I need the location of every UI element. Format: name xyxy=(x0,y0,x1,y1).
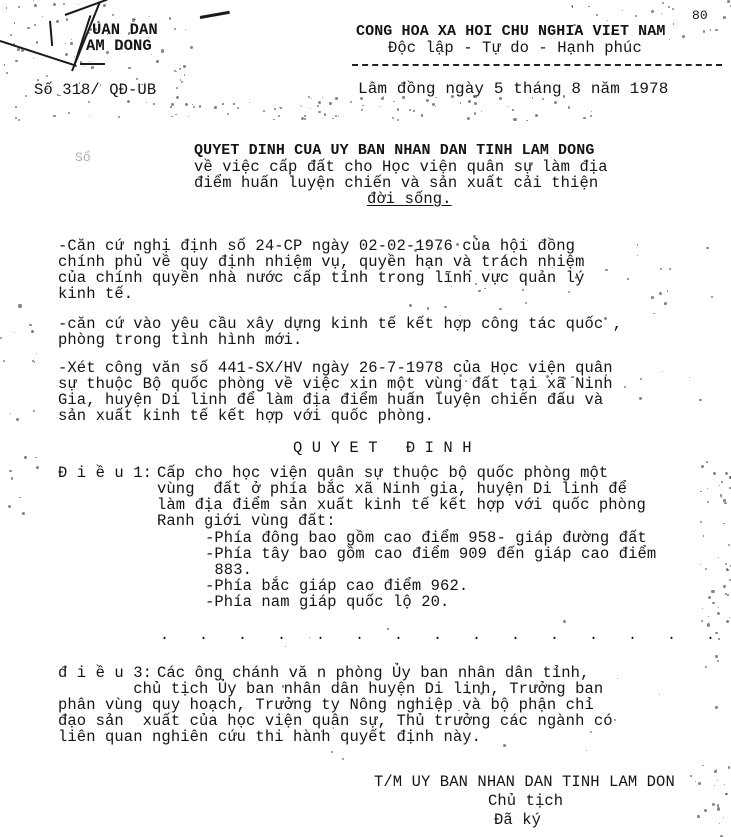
scan-speckle xyxy=(724,784,725,785)
scan-speckle xyxy=(456,243,459,246)
scan-speckle xyxy=(188,116,189,117)
scan-speckle xyxy=(605,386,607,388)
article-line: Ranh giới vùng đất: xyxy=(157,513,646,529)
scan-speckle xyxy=(705,666,707,668)
scan-speckle xyxy=(397,108,400,111)
scan-speckle xyxy=(725,793,726,794)
scan-speckle xyxy=(727,0,730,3)
scan-speckle xyxy=(713,472,716,475)
scan-speckle xyxy=(136,78,138,80)
scan-speckle xyxy=(393,101,394,102)
scan-speckle xyxy=(718,638,720,640)
preamble-line: -Căn cứ nghị định số 24-CP ngày 02-02-19… xyxy=(58,238,584,254)
article-line: Các ông chánh vă n phòng Ủy ban nhân dân… xyxy=(157,665,589,681)
scan-speckle xyxy=(729,487,731,489)
scan-speckle xyxy=(728,766,731,769)
scan-speckle xyxy=(711,296,713,298)
scan-speckle xyxy=(4,64,5,65)
preamble-line: sản xuất kinh tế kết hợp với quốc phòng. xyxy=(58,408,613,424)
scan-speckle xyxy=(17,48,19,50)
margin-note: Sổ xyxy=(75,150,91,166)
scan-speckle xyxy=(717,660,719,662)
article-3-label: đ i ề u 3: xyxy=(58,665,152,681)
scan-speckle xyxy=(222,103,224,105)
scan-speckle xyxy=(718,607,719,608)
article-line: liên quan nghiên cứu thi hành quyết định… xyxy=(58,729,613,745)
scan-speckle xyxy=(426,99,429,102)
article-1-label: Đ i ề u 1: xyxy=(58,465,152,481)
scan-speckle xyxy=(702,765,703,766)
scan-speckle xyxy=(605,269,607,271)
scan-speckle xyxy=(723,499,726,502)
scan-speckle xyxy=(669,268,671,270)
scan-speckle xyxy=(36,41,39,44)
scan-speckle xyxy=(199,105,202,108)
scan-speckle xyxy=(8,505,11,508)
scan-speckle xyxy=(706,461,708,463)
scan-speckle xyxy=(79,82,80,83)
scan-speckle xyxy=(701,620,704,623)
scan-speckle xyxy=(379,106,380,107)
scan-speckle xyxy=(591,111,592,112)
boundary-south: -Phía nam giáp quốc lộ 20. xyxy=(205,594,656,610)
scan-speckle xyxy=(707,488,708,489)
scan-speckle xyxy=(33,58,34,59)
preamble-basis-decree: -Căn cứ nghị định số 24-CP ngày 02-02-19… xyxy=(58,238,584,302)
scan-artifact-stroke xyxy=(49,21,53,46)
decision-subject-line3: đời sống. xyxy=(367,191,452,207)
scan-speckle xyxy=(183,65,186,68)
scan-speckle xyxy=(459,374,462,377)
scan-speckle xyxy=(535,114,538,117)
scan-speckle xyxy=(29,324,31,326)
scan-speckle xyxy=(723,817,724,818)
scan-speckle xyxy=(273,119,275,121)
scan-speckle xyxy=(729,579,731,581)
scan-speckle xyxy=(68,112,71,115)
scan-speckle xyxy=(171,103,174,106)
scan-speckle xyxy=(84,66,85,67)
scan-speckle xyxy=(132,18,135,21)
scan-speckle xyxy=(409,109,411,111)
scan-speckle xyxy=(63,3,65,5)
scan-speckle xyxy=(607,20,608,21)
scan-speckle xyxy=(96,50,97,51)
header-divider xyxy=(352,64,722,66)
scan-speckle xyxy=(193,106,195,108)
issuing-agency-line1: UAN DAN xyxy=(92,22,158,38)
scan-speckle xyxy=(21,49,24,52)
scan-speckle xyxy=(664,302,667,305)
scan-speckle xyxy=(127,100,130,103)
scan-speckle xyxy=(706,247,708,249)
scan-speckle xyxy=(141,84,142,85)
preamble-line: -Xét công văn số 441-SX/HV ngày 26-7-197… xyxy=(58,360,613,376)
scan-speckle xyxy=(714,770,717,773)
scan-speckle xyxy=(233,103,234,104)
decision-heading: Q U Y E T Đ I N H xyxy=(293,440,472,456)
scan-speckle xyxy=(717,807,720,810)
scan-speckle xyxy=(214,106,217,109)
scan-speckle xyxy=(415,701,417,703)
scan-speckle xyxy=(723,585,726,588)
scan-speckle xyxy=(703,30,706,33)
scan-speckle xyxy=(573,24,575,26)
signature-authority: T/M UY BAN NHAN DAN TINH LAM DON xyxy=(374,774,675,790)
scan-speckle xyxy=(721,497,722,498)
scan-speckle xyxy=(237,107,239,109)
scan-speckle xyxy=(65,43,66,44)
scan-speckle xyxy=(725,563,727,565)
scan-speckle xyxy=(15,60,17,62)
scan-speckle xyxy=(558,399,561,402)
scan-speckle xyxy=(16,418,19,421)
scan-speckle xyxy=(322,97,323,98)
scan-speckle xyxy=(397,119,399,121)
scan-speckle xyxy=(175,114,176,115)
scan-speckle xyxy=(444,306,446,308)
scan-speckle xyxy=(637,244,638,245)
scan-speckle xyxy=(301,106,302,107)
signature-status: Đã ký xyxy=(494,812,541,828)
scan-speckle xyxy=(439,247,442,250)
scan-speckle xyxy=(712,803,715,806)
scan-speckle xyxy=(282,685,284,687)
scan-speckle xyxy=(682,35,685,38)
scan-speckle xyxy=(449,384,451,386)
scan-speckle xyxy=(568,291,570,293)
scan-speckle xyxy=(149,16,151,18)
scan-speckle xyxy=(383,96,384,97)
scan-speckle xyxy=(22,512,25,515)
scan-speckle xyxy=(659,694,660,695)
scan-speckle xyxy=(725,472,728,475)
scan-speckle xyxy=(263,110,265,112)
scan-speckle xyxy=(329,102,331,104)
scan-speckle xyxy=(331,751,333,753)
scan-speckle xyxy=(19,497,20,498)
national-motto: Độc lập - Tự do - Hạnh phúc xyxy=(388,40,642,56)
scan-speckle xyxy=(662,371,663,372)
scan-speckle xyxy=(184,74,185,75)
scan-speckle xyxy=(169,17,172,20)
omitted-section-ellipsis: . . . . . . . . . . . . . . . . . . . . … xyxy=(160,628,731,644)
scan-speckle xyxy=(179,68,181,70)
scan-speckle xyxy=(174,28,176,30)
scan-speckle xyxy=(474,102,477,105)
preamble-line: phòng trong tình hình mới. xyxy=(58,332,622,348)
scan-speckle xyxy=(6,72,8,74)
scan-speckle xyxy=(387,628,388,629)
scan-speckle xyxy=(698,782,701,785)
article-line: Cấp cho học viện quân sự thuộc bộ quốc p… xyxy=(157,465,646,481)
scan-speckle xyxy=(513,118,516,121)
scan-speckle xyxy=(590,115,592,117)
scan-speckle xyxy=(170,106,172,108)
scan-speckle xyxy=(727,594,729,596)
scan-speckle xyxy=(465,380,467,382)
scan-speckle xyxy=(458,710,460,712)
scan-speckle xyxy=(689,377,690,378)
scan-speckle xyxy=(705,568,707,570)
scan-speckle xyxy=(699,399,701,401)
article-line: vùng đất ở phía bắc xã Ninh gia, huyện D… xyxy=(157,481,646,497)
scan-speckle xyxy=(651,10,654,13)
scan-artifact-stroke xyxy=(80,63,105,65)
scan-speckle xyxy=(151,54,152,55)
scan-speckle xyxy=(227,113,229,115)
page-mark: 80 xyxy=(692,8,708,24)
scan-speckle xyxy=(700,521,702,523)
scan-speckle xyxy=(65,53,68,56)
scan-speckle xyxy=(499,97,502,100)
scan-speckle xyxy=(653,313,654,314)
scan-speckle xyxy=(659,292,662,295)
scan-speckle xyxy=(702,608,703,609)
scan-speckle xyxy=(723,16,726,19)
scan-speckle xyxy=(690,775,692,777)
scan-speckle xyxy=(318,101,321,104)
preamble-line: của chính quyền nhà nước cấp tỉnh trong … xyxy=(58,270,584,286)
scan-speckle xyxy=(695,781,696,782)
scan-speckle xyxy=(185,29,186,30)
scan-speckle xyxy=(668,6,670,8)
scan-speckle xyxy=(707,501,709,503)
scan-speckle xyxy=(181,81,183,83)
decision-title: QUYET DINH CUA UY BAN NHAN DAN TINH LAM … xyxy=(194,143,594,159)
scan-artifact-stroke xyxy=(65,0,108,16)
scan-speckle xyxy=(460,315,461,316)
scan-speckle xyxy=(460,102,461,103)
scan-speckle xyxy=(42,16,43,17)
preamble-line: -căn cứ vào yêu cầu xây dựng kinh tế kết… xyxy=(58,316,622,332)
scan-speckle xyxy=(80,61,82,63)
issuing-agency-line2: AM DONG xyxy=(86,38,152,54)
scan-speckle xyxy=(361,109,363,111)
scan-speckle xyxy=(146,102,147,103)
preamble-line: sự thuộc Bộ quốc phòng về việc xin một v… xyxy=(58,376,613,392)
signature-title: Chủ tịch xyxy=(488,793,563,809)
scan-speckle xyxy=(71,39,73,41)
place-and-date: Lâm đồng ngày 5 tháng 8 năm 1978 xyxy=(358,81,668,97)
scan-speckle xyxy=(34,24,36,26)
scan-speckle xyxy=(435,106,437,108)
scan-speckle xyxy=(360,97,363,100)
scan-speckle xyxy=(304,118,306,120)
scan-speckle xyxy=(614,719,616,721)
scan-speckle xyxy=(563,95,565,97)
scan-speckle xyxy=(661,13,662,14)
scan-speckle xyxy=(10,34,12,36)
scan-speckle xyxy=(310,108,311,109)
scan-speckle xyxy=(526,120,528,122)
scan-speckle xyxy=(481,111,483,113)
scan-speckle xyxy=(6,7,8,9)
scan-speckle xyxy=(717,612,720,615)
scan-speckle xyxy=(525,302,527,304)
scan-speckle xyxy=(721,481,723,483)
scan-speckle xyxy=(56,20,58,22)
scan-speckle xyxy=(605,374,607,376)
scan-speckle xyxy=(118,116,121,119)
scan-speckle xyxy=(389,261,392,264)
scan-speckle xyxy=(660,268,662,270)
scan-speckle xyxy=(717,780,718,781)
boundary-list: -Phía đông bao gồm cao điểm 958- giáp đư… xyxy=(205,530,656,610)
scan-speckle xyxy=(280,107,281,108)
preamble-line: Gia, huyện Di linh để làm địa điểm huấn … xyxy=(58,392,613,408)
scan-speckle xyxy=(304,115,306,117)
scan-speckle xyxy=(311,98,312,99)
preamble-basis-requirement: -căn cứ vào yêu cầu xây dựng kinh tế kết… xyxy=(58,316,622,348)
scan-speckle xyxy=(467,117,470,120)
scan-speckle xyxy=(321,730,322,731)
boundary-west-cont: 883. xyxy=(205,562,656,578)
scan-speckle xyxy=(176,87,178,89)
scan-speckle xyxy=(622,10,623,11)
scan-speckle xyxy=(153,103,155,105)
nation-title: CONG HOA XA HOI CHU NGHIA VIET NAM xyxy=(356,24,665,40)
scan-speckle xyxy=(27,27,29,29)
scan-speckle xyxy=(409,304,412,307)
scan-speckle xyxy=(712,602,715,605)
scan-speckle xyxy=(427,307,430,310)
scan-speckle xyxy=(70,42,73,45)
scan-speckle xyxy=(34,4,37,7)
scan-speckle xyxy=(475,283,477,285)
scan-speckle xyxy=(563,377,566,380)
scan-speckle xyxy=(604,317,607,320)
scan-speckle xyxy=(338,116,339,117)
scanned-document-page: UAN DAN AM DONG Số 318/ QĐ-UB Sổ 80 CONG… xyxy=(0,0,731,837)
scan-speckle xyxy=(25,95,27,97)
scan-speckle xyxy=(14,22,15,23)
scan-speckle xyxy=(710,29,712,31)
scan-speckle xyxy=(0,337,2,339)
scan-speckle xyxy=(715,29,718,32)
scan-speckle xyxy=(571,5,573,7)
scan-speckle xyxy=(10,413,11,414)
scan-speckle xyxy=(554,101,557,104)
scan-speckle xyxy=(468,100,471,103)
scan-speckle xyxy=(333,727,334,728)
scan-speckle xyxy=(335,97,337,99)
scan-speckle xyxy=(350,101,352,103)
scan-speckle xyxy=(583,117,585,119)
scan-speckle xyxy=(725,593,727,595)
scan-speckle xyxy=(474,112,476,114)
scan-speckle xyxy=(176,96,179,99)
scan-speckle xyxy=(317,105,320,108)
scan-speckle xyxy=(402,96,404,98)
scan-speckle xyxy=(637,255,638,256)
scan-speckle xyxy=(697,815,700,818)
scan-speckle xyxy=(421,114,424,117)
scan-speckle xyxy=(15,106,17,108)
scan-speckle xyxy=(624,386,626,388)
article-1-body: Cấp cho học viện quân sự thuộc bộ quốc p… xyxy=(157,465,646,529)
scan-speckle xyxy=(112,14,114,16)
scan-speckle xyxy=(522,289,524,291)
scan-speckle xyxy=(700,491,701,492)
scan-speckle xyxy=(719,823,720,824)
scan-speckle xyxy=(635,15,637,17)
scan-speckle xyxy=(617,678,618,679)
scan-speckle xyxy=(31,330,34,333)
scan-speckle xyxy=(13,43,15,45)
scan-speckle xyxy=(640,378,642,380)
article-line: làm địa điểm sản xuất kinh tế kết hợp vớ… xyxy=(157,497,646,513)
scan-speckle xyxy=(482,381,484,383)
scan-speckle xyxy=(24,456,27,459)
scan-speckle xyxy=(651,296,654,299)
article-line: phân vùng quy hoạch, Trưởng ty Nông nghi… xyxy=(58,697,613,713)
scan-speckle xyxy=(724,502,727,505)
scan-speckle xyxy=(33,410,35,412)
document-number: Số 318/ QĐ-UB xyxy=(34,82,156,98)
scan-speckle xyxy=(75,65,77,67)
scan-speckle xyxy=(563,620,566,623)
scan-speckle xyxy=(708,596,711,599)
scan-speckle xyxy=(718,557,719,558)
scan-speckle xyxy=(512,109,513,110)
scan-speckle xyxy=(611,32,613,34)
scan-speckle xyxy=(727,569,729,571)
scan-speckle xyxy=(726,620,729,623)
scan-speckle xyxy=(362,105,363,106)
scan-speckle xyxy=(11,477,13,479)
scan-speckle xyxy=(667,290,668,291)
article-3-body: chủ tịch Ủy ban nhân dân huyện Di linh, … xyxy=(58,681,613,745)
scan-speckle xyxy=(672,8,674,10)
scan-speckle xyxy=(662,2,665,5)
scan-speckle xyxy=(18,304,21,307)
scan-speckle xyxy=(708,616,709,617)
scan-speckle xyxy=(161,49,164,52)
boundary-north: -Phía bắc giáp cao điểm 962. xyxy=(205,578,656,594)
scan-speckle xyxy=(18,119,20,121)
scan-speckle xyxy=(36,466,39,469)
scan-speckle xyxy=(88,32,90,34)
scan-speckle xyxy=(335,115,337,117)
scan-speckle xyxy=(673,23,675,25)
scan-speckle xyxy=(596,14,599,17)
scan-speckle xyxy=(130,47,132,49)
scan-speckle xyxy=(89,115,90,116)
scan-speckle xyxy=(9,470,11,472)
boundary-east: -Phía đông bao gồm cao điểm 958- giáp đư… xyxy=(205,530,656,546)
scan-speckle xyxy=(14,332,15,333)
scan-speckle xyxy=(627,278,629,280)
scan-speckle xyxy=(703,535,705,537)
scan-speckle xyxy=(190,46,193,49)
scan-speckle xyxy=(171,116,172,117)
scan-speckle xyxy=(308,96,311,99)
scan-speckle xyxy=(18,6,20,8)
scan-speckle xyxy=(37,79,39,81)
scan-speckle xyxy=(588,6,590,8)
article-line: chủ tịch Ủy ban nhân dân huyện Di linh, … xyxy=(58,681,613,697)
scan-speckle xyxy=(468,692,471,695)
scan-speckle xyxy=(392,117,394,119)
decision-subject-line2: điểm huấn luyện chiến và sản xuất cải th… xyxy=(194,175,598,191)
scan-speckle xyxy=(278,115,280,117)
scan-speckle xyxy=(568,106,571,109)
scan-speckle xyxy=(480,692,482,694)
scan-speckle xyxy=(156,60,159,63)
scan-speckle xyxy=(704,809,707,812)
scan-speckle xyxy=(723,523,724,524)
